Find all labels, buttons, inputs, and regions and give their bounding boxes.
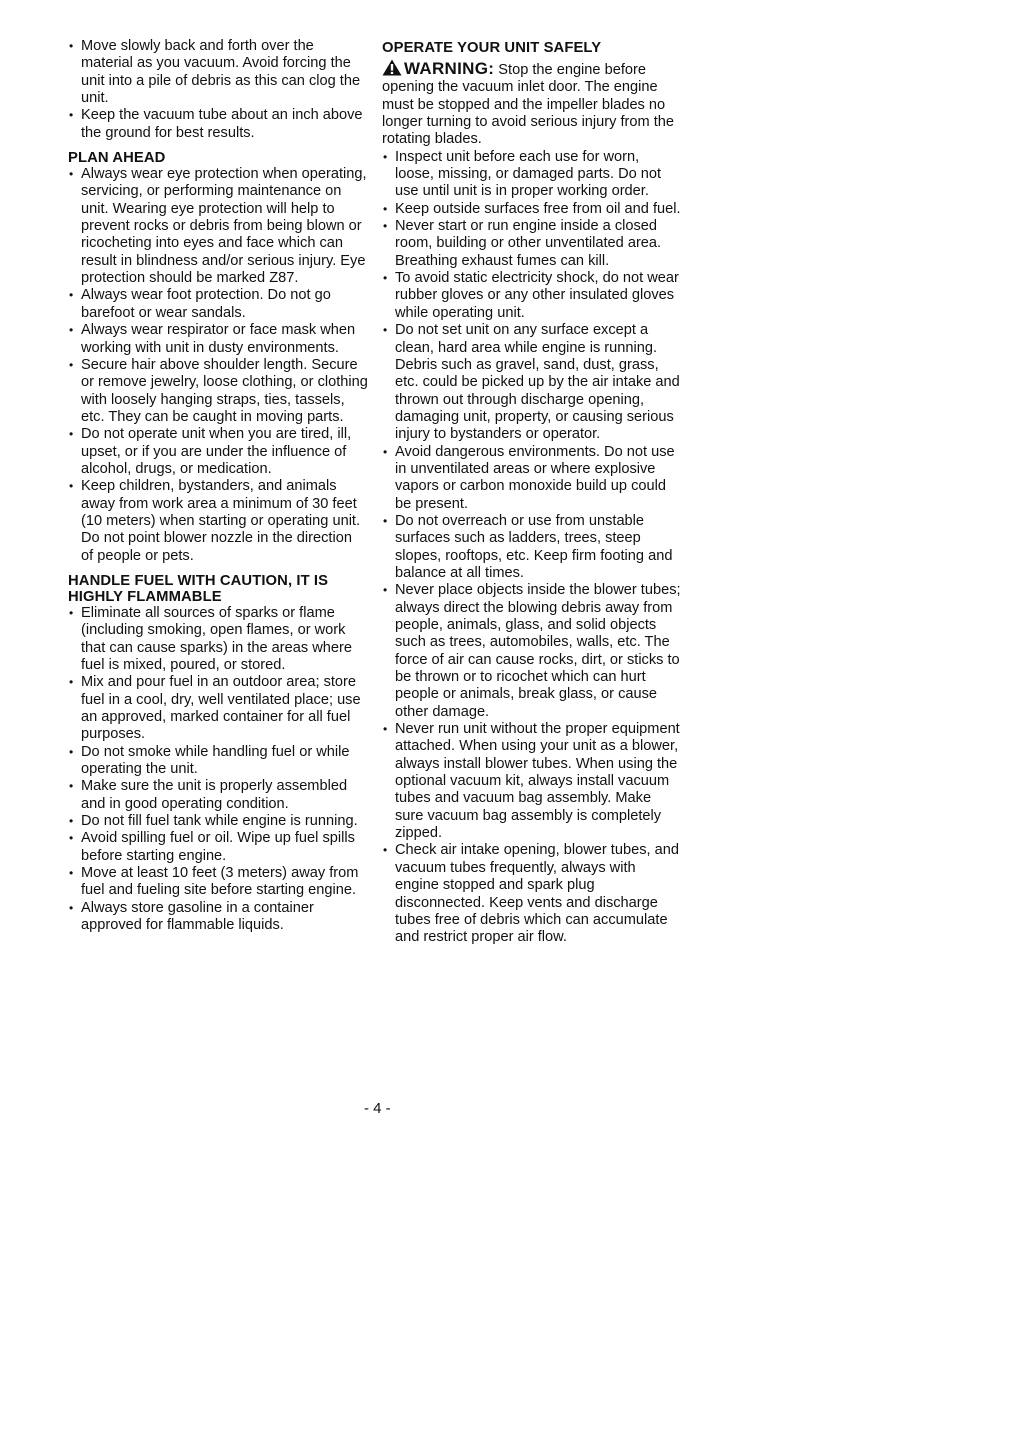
list-item: Do not set unit on any surface except a …	[382, 322, 682, 443]
list-item: Avoid spilling fuel or oil. Wipe up fuel…	[68, 830, 368, 865]
list-item: Make sure the unit is properly assembled…	[68, 778, 368, 813]
list-item: Do not overreach or use from unstable su…	[382, 513, 682, 582]
intro-list: Move slowly back and forth over the mate…	[68, 38, 368, 142]
warning-triangle-icon	[382, 59, 402, 76]
list-item: Keep outside surfaces free from oil and …	[382, 201, 682, 218]
list-item: Move at least 10 feet (3 meters) away fr…	[68, 865, 368, 900]
section-heading-plan-ahead: PLAN AHEAD	[68, 150, 368, 166]
list-item: To avoid static electricity shock, do no…	[382, 270, 682, 322]
operate-safely-list: Inspect unit before each use for worn, l…	[382, 149, 682, 947]
right-column: OPERATE YOUR UNIT SAFELY WARNING: Stop t…	[382, 38, 682, 947]
list-item: Do not smoke while handling fuel or whil…	[68, 744, 368, 779]
list-item: Always wear foot protection. Do not go b…	[68, 287, 368, 322]
warning-label: WARNING:	[404, 59, 494, 78]
handle-fuel-list: Eliminate all sources of sparks or flame…	[68, 605, 368, 935]
section-heading-handle-fuel: HANDLE FUEL WITH CAUTION, IT IS HIGHLY F…	[68, 573, 368, 605]
list-item: Eliminate all sources of sparks or flame…	[68, 605, 368, 674]
list-item: Avoid dangerous environments. Do not use…	[382, 444, 682, 513]
page-number: - 4 -	[364, 1100, 391, 1117]
list-item: Do not fill fuel tank while engine is ru…	[68, 813, 368, 830]
list-item: Do not operate unit when you are tired, …	[68, 426, 368, 478]
list-item: Always store gasoline in a container app…	[68, 900, 368, 935]
list-item: Always wear respirator or face mask when…	[68, 322, 368, 357]
warning-paragraph: WARNING: Stop the engine before opening …	[382, 59, 682, 149]
list-item: Always wear eye protection when operatin…	[68, 166, 368, 287]
section-heading-operate-safely: OPERATE YOUR UNIT SAFELY	[382, 40, 682, 56]
list-item: Check air intake opening, blower tubes, …	[382, 842, 682, 946]
list-item: Never run unit without the proper equipm…	[382, 721, 682, 842]
list-item: Mix and pour fuel in an outdoor area; st…	[68, 674, 368, 743]
plan-ahead-list: Always wear eye protection when operatin…	[68, 166, 368, 565]
list-item: Never start or run engine inside a close…	[382, 218, 682, 270]
list-item: Inspect unit before each use for worn, l…	[382, 149, 682, 201]
list-item: Never place objects inside the blower tu…	[382, 582, 682, 721]
left-column: Move slowly back and forth over the mate…	[68, 38, 368, 935]
list-item: Keep the vacuum tube about an inch above…	[68, 107, 368, 142]
list-item: Secure hair above shoulder length. Secur…	[68, 357, 368, 426]
list-item: Move slowly back and forth over the mate…	[68, 38, 368, 107]
list-item: Keep children, bystanders, and animals a…	[68, 478, 368, 565]
